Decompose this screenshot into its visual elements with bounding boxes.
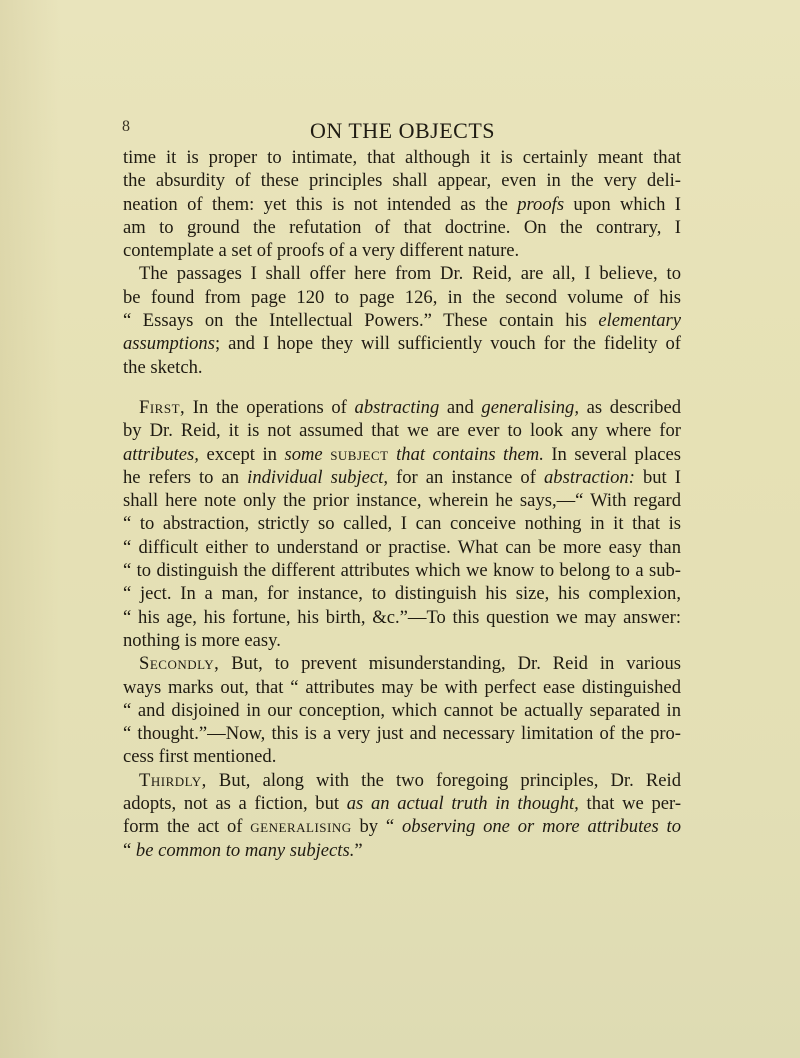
text-line: ways marks out, that “ attributes may be… [123, 676, 681, 699]
text-line: “ his age, his fortune, his birth, &c.”—… [123, 606, 681, 629]
text-line: contemplate a set of proofs of a very di… [123, 239, 681, 262]
text-line: he refers to an individual subject, for … [123, 466, 681, 489]
text-line: The passages I shall offer here from Dr.… [123, 262, 681, 285]
text-line: First, In the operations of abstracting … [123, 396, 681, 419]
body-text: time it is proper to intimate, that alth… [123, 146, 681, 862]
page-gutter-shade [0, 0, 60, 1058]
text-line: time it is proper to intimate, that alth… [123, 146, 681, 169]
text-line: assumptions; and I hope they will suffic… [123, 332, 681, 355]
paragraph-passages: The passages I shall offer here from Dr.… [123, 262, 681, 378]
text-line: “ be common to many subjects.” [123, 839, 681, 862]
book-page: 8 ON THE OBJECTS time it is proper to in… [0, 0, 800, 1058]
text-line: the sketch. [123, 356, 681, 379]
text-line: the absurdity of these principles shall … [123, 169, 681, 192]
paragraph-intro: time it is proper to intimate, that alth… [123, 146, 681, 262]
paragraph-secondly: Secondly, But, to prevent misunderstandi… [123, 652, 681, 768]
text-line: “ difficult either to understand or prac… [123, 536, 681, 559]
text-line: “ ject. In a man, for instance, to disti… [123, 582, 681, 605]
text-line: be found from page 120 to page 126, in t… [123, 286, 681, 309]
text-line: shall here note only the prior instance,… [123, 489, 681, 512]
running-title: ON THE OBJECTS [122, 118, 677, 144]
text-line: cess first mentioned. [123, 745, 681, 768]
text-line: Secondly, But, to prevent misunderstandi… [123, 652, 681, 675]
text-line: neation of them: yet this is not intende… [123, 193, 681, 216]
running-header: 8 ON THE OBJECTS [122, 118, 677, 146]
text-line: attributes, except in some subject that … [123, 443, 681, 466]
text-line: “ to abstraction, strictly so called, I … [123, 512, 681, 535]
text-line: “ and disjoined in our conception, which… [123, 699, 681, 722]
text-line: form the act of generalising by “ observ… [123, 815, 681, 838]
text-line: nothing is more easy. [123, 629, 681, 652]
text-line: “ Essays on the Intellectual Powers.” Th… [123, 309, 681, 332]
text-line: Thirdly, But, along with the two foregoi… [123, 769, 681, 792]
text-line: “ thought.”—Now, this is a very just and… [123, 722, 681, 745]
paragraph-thirdly: Thirdly, But, along with the two foregoi… [123, 769, 681, 862]
paragraph-first: First, In the operations of abstracting … [123, 396, 681, 652]
text-line: am to ground the refutation of that doct… [123, 216, 681, 239]
text-line: “ to distinguish the different attribute… [123, 559, 681, 582]
text-line: by Dr. Reid, it is not assumed that we a… [123, 419, 681, 442]
paragraph-gap [123, 379, 681, 396]
text-line: adopts, not as a fiction, but as an actu… [123, 792, 681, 815]
